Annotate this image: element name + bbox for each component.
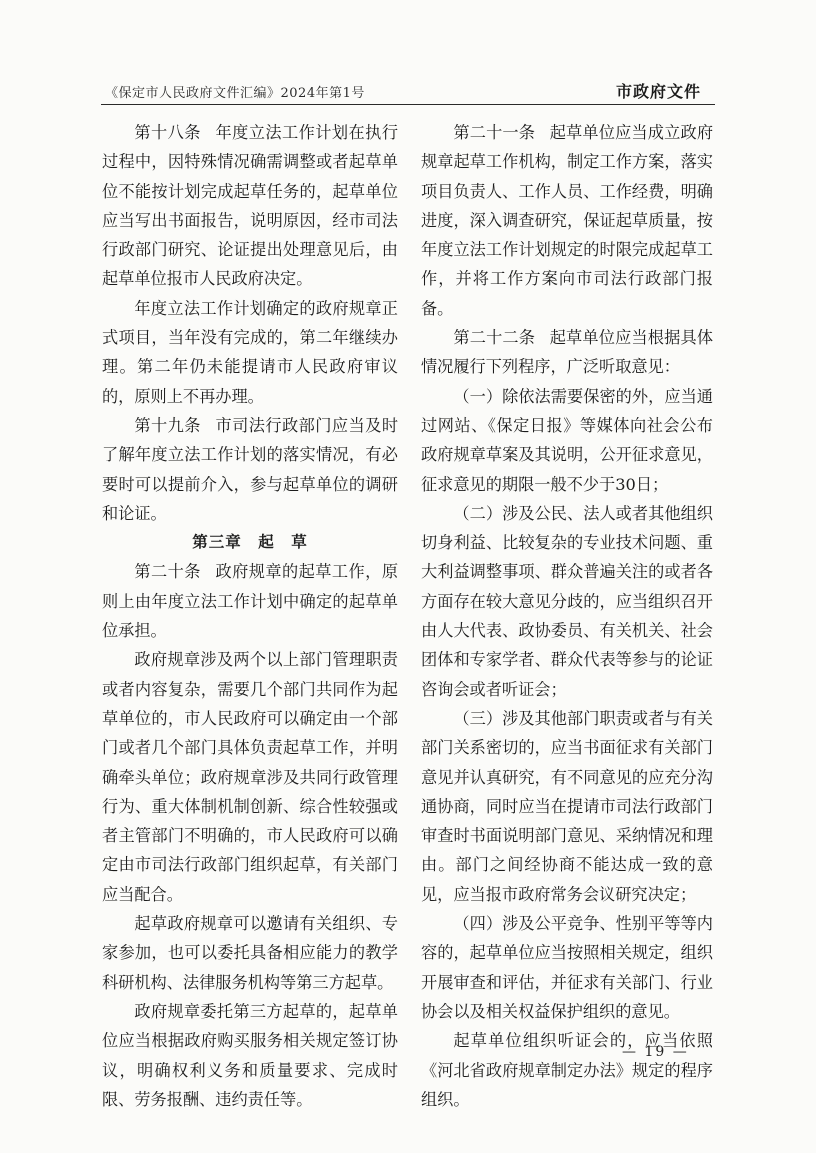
article-20-para-3: 起草政府规章可以邀请有关组织、专家参加，也可以委托具备相应能力的教学科研机构、法… xyxy=(102,909,398,997)
article-18-text: 年度立法工作计划在执行过程中，因特殊情况确需调整或者起草单位不能按计划完成起草任… xyxy=(102,123,398,288)
article-20-label: 第二十条 xyxy=(134,562,201,581)
article-22-item-2: （二）涉及公民、法人或者其他组织切身利益、比较复杂的专业技术问题、重大利益调整事… xyxy=(421,499,713,704)
article-18-para-2: 年度立法工作计划确定的政府规章正式项目，当年没有完成的，第二年继续办理。第二年仍… xyxy=(102,294,398,411)
page-header: 《保定市人民政府文件汇编》2024年第1号 市政府文件 xyxy=(101,82,715,105)
article-20-para-4: 政府规章委托第三方起草的，起草单位应当根据政府购买服务相关规定签订协议，明确权利… xyxy=(102,997,398,1114)
article-21-text: 起草单位应当成立政府规章起草工作机构，制定工作方案，落实项目负责人、工作人员、工… xyxy=(421,123,713,318)
article-22-label: 第二十二条 xyxy=(453,328,535,347)
article-21-label: 第二十一条 xyxy=(453,123,535,142)
article-20-para-1: 第二十条政府规章的起草工作，原则上由年度立法工作计划中确定的起草单位承担。 xyxy=(102,557,398,645)
hearing-para: 起草单位组织听证会的，应当依照《河北省政府规章制定办法》规定的程序组织。 xyxy=(421,1026,713,1114)
chapter-3-heading: 第三章 起 草 xyxy=(102,528,398,557)
publication-title: 《保定市人民政府文件汇编》2024年第1号 xyxy=(105,82,365,101)
article-20-para-2: 政府规章涉及两个以上部门管理职责或者内容复杂，需要几个部门共同作为起草单位的，市… xyxy=(102,645,398,909)
article-19-label: 第十九条 xyxy=(134,416,201,435)
article-18-label: 第十八条 xyxy=(134,123,201,142)
page-number: — 19 — xyxy=(622,1044,689,1060)
article-22: 第二十二条起草单位应当根据具体情况履行下列程序，广泛听取意见： xyxy=(421,323,713,382)
article-18-para-1: 第十八条年度立法工作计划在执行过程中，因特殊情况确需调整或者起草单位不能按计划完… xyxy=(102,118,398,294)
right-column: 第二十一条起草单位应当成立政府规章起草工作机构，制定工作方案，落实项目负责人、工… xyxy=(421,118,713,1114)
left-column: 第十八条年度立法工作计划在执行过程中，因特殊情况确需调整或者起草单位不能按计划完… xyxy=(102,118,398,1114)
article-19: 第十九条市司法行政部门应当及时了解年度立法工作计划的落实情况，有必要时可以提前介… xyxy=(102,411,398,528)
section-title: 市政府文件 xyxy=(616,79,701,102)
article-22-item-1: （一）除依法需要保密的外，应当通过网站、《保定日报》等媒体向社会公布政府规章草案… xyxy=(421,382,713,499)
article-21: 第二十一条起草单位应当成立政府规章起草工作机构，制定工作方案，落实项目负责人、工… xyxy=(421,118,713,323)
article-22-item-4: （四）涉及公平竞争、性别平等等内容的，起草单位应当按照相关规定，组织开展审查和评… xyxy=(421,909,713,1026)
article-22-item-3: （三）涉及其他部门职责或者与有关部门关系密切的，应当书面征求有关部门意见并认真研… xyxy=(421,704,713,909)
